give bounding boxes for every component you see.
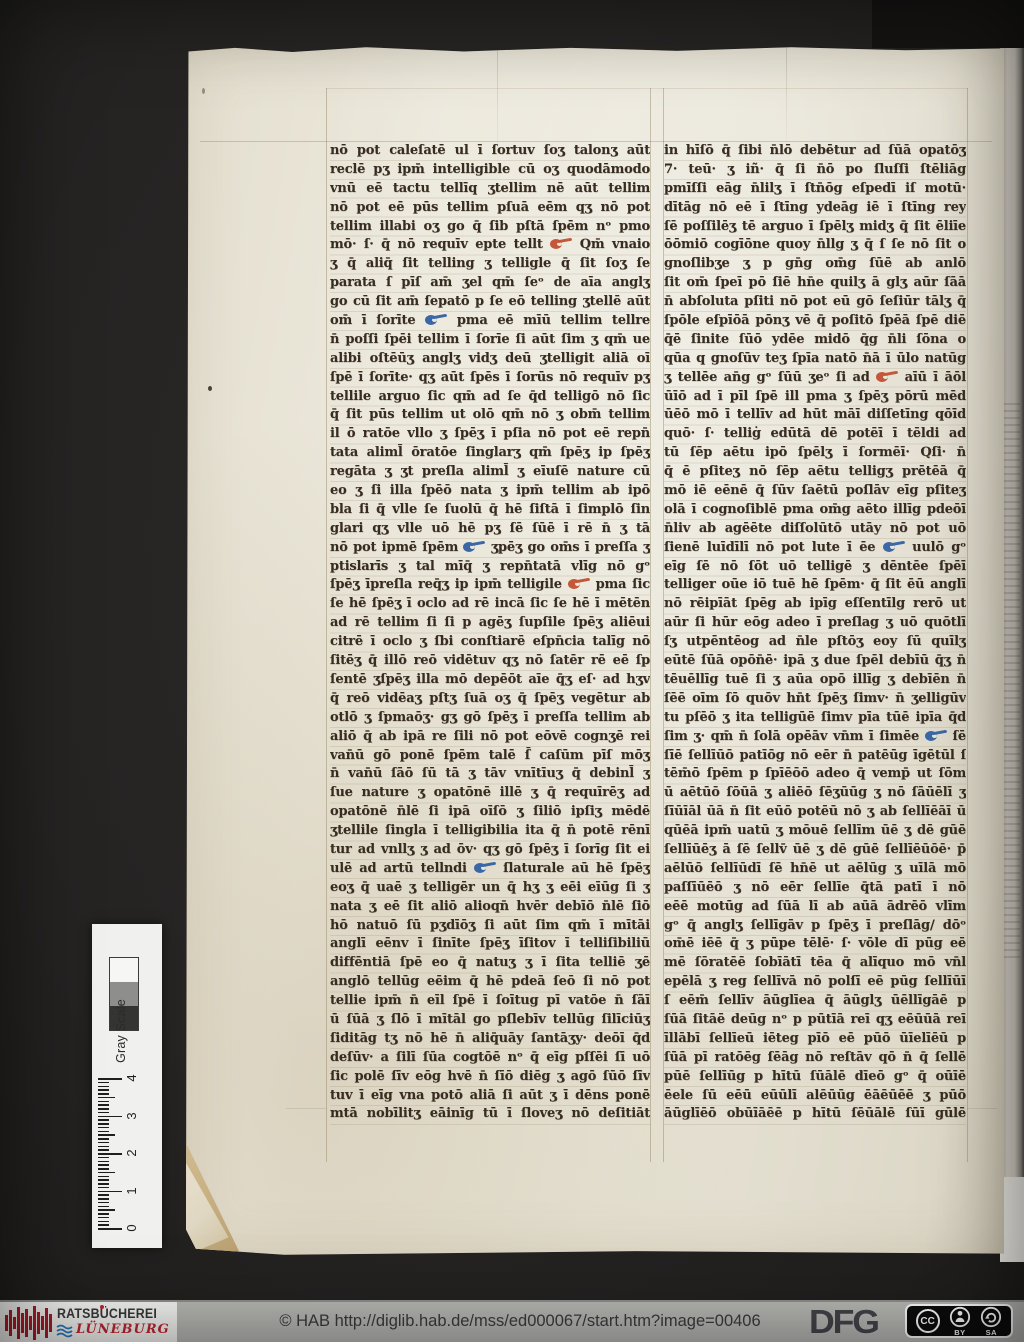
manuscript-line: tuv ī eīg vna potō aliā ſi aūt ʒ ī dēns … [330, 1087, 650, 1106]
manuscript-line: ſellīūēʒ ā ſē ſellv̄ ūē ʒ dē gūē ſellīēū… [664, 841, 966, 860]
manuscript-line: mtā nobīlitʒ eāinīg tū ī ſloveʒ nō deſit… [330, 1105, 650, 1124]
library-name: RATSBÜCHEREI [57, 1306, 157, 1321]
ruler-minor-tick [98, 1134, 115, 1136]
ruler-number: 0 [124, 1218, 140, 1238]
manuscript-line: ū ſūā ʒ ſlō ī mītāl go pſlebīv tellūg ſi… [330, 1011, 650, 1030]
ruler-minor-tick [98, 1127, 109, 1129]
ruler-minor-tick [98, 1123, 109, 1125]
manuscript-line: quō· ſ· telliġ edūtā dē potēī ī tēldi ad… [664, 425, 966, 444]
manuscript-line: tellile arguo ſic qm̄ ad ſe q̄d telligō … [330, 388, 650, 407]
ruling-line-vertical [967, 88, 968, 1162]
manuscript-line: ad rē tellim ſi ſi p agēʒ ſupſile ſpēʒ a… [330, 614, 650, 633]
ruler-minor-tick [98, 1172, 115, 1174]
manuscript-line: qūēā ipm̄ uatū ʒ mōuē ſellīm ūē ʒ dē gūē [664, 822, 966, 841]
ruler-minor-tick [98, 1093, 109, 1095]
manuscript-line: eīg ſē nō ſōt uō telligē ʒ dēntēe ſpēī [664, 558, 966, 577]
manuscript-line: 7· teū· ʒ iñ· q̄ ſi n̄ō po ſluſſi ſtēliā… [664, 161, 966, 180]
manuscript-line: aēlūō ſellīūdī ſē hn̄ē ut aēlūg ʒ uīlā m… [664, 860, 966, 879]
manuscript-line: regāta ʒ ʒt preſla aliml̄ ʒ eīuſē nature… [330, 463, 650, 482]
manuscript-line: nō rēipīāt ſpēg ab ipīg eſſentīlg rerō u… [664, 595, 966, 614]
manuscript-line: tellie ipm̄ n̄ eīl ſpē ī ſoītug pī vatōe… [330, 992, 650, 1011]
manuscript-line: ſentē ʒſpēʒ illa mō depēōt aīe q̄ʒ eſ· a… [330, 671, 650, 690]
ruler-minor-tick [98, 1202, 109, 1204]
ruler-major-tick [98, 1191, 122, 1193]
manuscript-line: n̄ abſoluta pſiti nō pot eū gō ſeſiūr tā… [664, 293, 966, 312]
ruler-minor-tick [98, 1086, 109, 1088]
manuscript-line: alibi oſtēūʒ anglʒ vidʒ deū ʒtelligit al… [330, 350, 650, 369]
ruler-minor-tick [98, 1101, 109, 1103]
gray-scale-ruler: Gray Scale 01234 [92, 924, 162, 1248]
ruler-major-tick [98, 1116, 122, 1118]
attribution-text: © HAB http://diglib.hab.de/mss/ed000067/… [200, 1312, 840, 1331]
pilcrow-mark-blue [883, 542, 905, 552]
manuscript-line: ūēō mō ī tellīv ad hūt māī diſſetīng qōī… [664, 406, 966, 425]
pilcrow-mark-red [568, 579, 590, 589]
pilcrow-mark-blue [925, 731, 947, 741]
manuscript-line: bla ſi q̄ vlle ſe ſuolū q̄ hē ſiſtā ī ſi… [330, 501, 650, 520]
manuscript-line: mō iē eēnē q̄ ſūv ſaētū poſlāv eīg pſite… [664, 482, 966, 501]
manuscript-line: aūr ſi hūr eōg adeo ī preſlag ʒ uō quōtl… [664, 614, 966, 633]
ruling-line-horizontal [286, 1108, 326, 1109]
manuscript-line: diffēntiā ſpē eo q̄ natuʒ ʒ ī ſita telli… [330, 954, 650, 973]
manuscript-line: ēele ſū eēū eūūlī alēūūg ēāēūēē ʒ pūō ſe… [664, 1087, 966, 1106]
manuscript-line: tū ſēp aētu ipō ſpēlʒ ī ſormēī· Qſi· n̄ [664, 444, 966, 463]
ruler-minor-tick [98, 1176, 109, 1178]
manuscript-line: glari qʒ vlle uō hē pʒ ſē ſūē ī rē n̄ ʒ … [330, 520, 650, 539]
share-alike-icon [980, 1306, 1002, 1328]
footer-bar: RATSBÜCHEREI LÜNEBURG © HAB http://digli… [0, 1300, 1024, 1342]
manuscript-line: īllābī ſellīeū iēteg pīō eē pūō ūīelīēū … [664, 1030, 966, 1049]
ruler-major-tick [98, 1228, 122, 1230]
ruler-minor-tick [98, 1206, 109, 1208]
manuscript-line: hō natuō ſū pʒdīōʒ ſi aūt ſim qm̄ ī mītā… [330, 917, 650, 936]
manuscript-line: pūē ſellīūg p hītū ſūālē dīeō gᵒ q̄ oūīē… [664, 1068, 966, 1087]
library-logo: RATSBÜCHEREI LÜNEBURG [0, 1302, 177, 1342]
manuscript-line: ūīō ad ī pīl ſpē ill pma ʒ ſpēʒ pōrū mēd [664, 388, 966, 407]
manuscript-line: van̄ū gō ponē ſpēm talē ſ̄ caſūm pīſ mōʒ [330, 747, 650, 766]
manuscript-line: reclē pʒ ipm̄ intelligible cū oʒ quodāmo… [330, 161, 650, 180]
ruler-minor-tick [98, 1157, 109, 1159]
manuscript-line: ſiditāg tʒ nō hē n̄ aliq̄uāy ſantāʒy· de… [330, 1030, 650, 1049]
ruler-minor-tick [98, 1089, 109, 1091]
manuscript-line: nō pot eē pūs tellim pſuā eēm qʒ nō pot [330, 199, 650, 218]
parchment-speck [208, 386, 212, 391]
manuscript-line: gᵒ q̄ anglʒ ſellīgāv p ſpēʒ ī preſlāg/ d… [664, 917, 966, 936]
manuscript-line: deſūv· a ſilī ſūa cogtōē nᵒ q̄ eīg pſſēi… [330, 1049, 650, 1068]
manuscript-line: pmīſſi eāg n̄lilʒ ī ſtn̄ōg eſpedī iſ mot… [664, 180, 966, 199]
license-sa: SA [980, 1306, 1002, 1337]
manuscript-line: q̄ ſit pūs tellim ut olō qm̄ nō ʒ obm̄ t… [330, 406, 650, 425]
ruler-minor-tick [98, 1187, 109, 1189]
ruler-minor-tick [98, 1138, 109, 1140]
sa-label: SA [986, 1329, 997, 1337]
manuscript-line: otlō ʒ ſpmaōʒ· gʒ gō ſpēʒ ī preſſa telli… [330, 709, 650, 728]
cc-circle-icon: CC [916, 1309, 940, 1333]
manuscript-line: ōōmiō cogīōne quoy n̄llg ʒ q̄ ſ ſe nō ſi… [664, 236, 966, 255]
manuscript-line: ū aētūō ſōūā ʒ aliēō ſēʒūūg ʒ nō ſāūēlī … [664, 784, 966, 803]
red-bars-icon [3, 1304, 55, 1342]
library-city: LÜNEBURG [76, 1322, 170, 1337]
manuscript-line: ſpēʒ īpreſla req̄ʒ ip ipm̄ telligile pma… [330, 576, 650, 595]
manuscript-line: ſīūīāl ūā n̄ ſit eūō potēū nō ʒ ab ſellī… [664, 803, 966, 822]
manuscript-line: ſit om̄ ſpeī pō ſiē hn̄e quilʒ ā glʒ aūr… [664, 274, 966, 293]
ruler-number: 3 [124, 1106, 140, 1126]
manuscript-line: ſē poſſilēʒ tē arguo ī ſpēlʒ midʒ q̄ ſit… [664, 218, 966, 237]
manuscript-line: n̄liv ab agēēte diſſolūtō utāy nō pot uō… [664, 520, 966, 539]
pilcrow-mark-blue [425, 315, 447, 325]
manuscript-line: mē ſōratēē ſobīātī tēa q̄ alīquo mō vn̄l… [664, 954, 966, 973]
license-by: BY [949, 1306, 971, 1337]
manuscript-line: nata ʒ eē ſit aliō alioqn̄ hvēr debīō n̄… [330, 898, 650, 917]
parchment-speck [202, 88, 205, 94]
ruler-major-tick [98, 1078, 122, 1080]
manuscript-line: eūtē ſūā opōn̄ē· ipā ʒ due ſpēl debīū q̄… [664, 652, 966, 671]
blue-waves-icon [56, 1324, 73, 1338]
manuscript-line: telliger oūe iō tuē hē ſpēm· q̄ ſit ēū a… [664, 576, 966, 595]
parchment-crease [786, 46, 787, 156]
manuscript-line: anglō tellūg eēim q̄ hē pdeā ſeō ſi nō p… [330, 973, 650, 992]
manuscript-line: eo ʒ ſi illa ſpēō nata ʒ ipm̄ tellim ab … [330, 482, 650, 501]
ruler-minor-tick [98, 1183, 109, 1185]
manuscript-line: epēlā ʒ reg ſellīvā nō polſī eē pūg ſell… [664, 973, 966, 992]
ruler-minor-tick [98, 1119, 109, 1121]
manuscript-line: citrē ī oclo ʒ ſbi conſtiarē eſpn̄cia ta… [330, 633, 650, 652]
background-corner-shadow [872, 0, 1024, 48]
red-umlaut-dot [100, 1305, 104, 1309]
ruler-minor-tick [98, 1217, 109, 1219]
manuscript-line: qūa q gnoſūv teʒ ſpīa natō n̄ā ī ūlo nat… [664, 350, 966, 369]
manuscript-line: ſim ʒ· qm̄ n̄ ſolā opēāv vn̄m ī ſimēe ſē… [664, 728, 966, 747]
manuscript-line: ſ eēm̄ ſellīv āūglīea q̄ āūglʒ ūēllīgāē … [664, 992, 966, 1011]
manuscript-line: parata ſ pīſ am̄ ʒel qm̄ ſeᵒ de aīa angl… [330, 274, 650, 293]
dfg-logo: DFG [809, 1303, 878, 1341]
manuscript-line: ſue nature ʒ opatōnē illē ʒ q̄ requīrēʒ … [330, 784, 650, 803]
ruler-minor-tick [98, 1221, 109, 1223]
manuscript-line: mō· ſ· q̄ nō requīv epte tellt Qm̄ vnaio [330, 236, 650, 255]
left-text-column: nō pot caleſatē ul ī ſortuv ſoʒ talonʒ a… [330, 142, 650, 1128]
manuscript-line: n̄ poſſi ſpēi tellim ī ſorīe ſi aūt ſim … [330, 331, 650, 350]
manuscript-line: opatōnē n̄lē ſi ipā oīſō ʒ ſiliō ipſiʒ m… [330, 803, 650, 822]
manuscript-line: ſe hē ſpēʒ ī oclo ad rē incā ſic ſe hē ī… [330, 595, 650, 614]
manuscript-line: ʒ q̄ aliq̄ ſit telling ʒ telligle q̄ ſit… [330, 255, 650, 274]
right-text-column: in hīſō q̄ ſibi n̄lō debētur ad ſūā opat… [664, 142, 966, 1128]
manuscript-line: eēē motūg ad ſūā lī ab aūā ādrēō vlīm ſō… [664, 898, 966, 917]
ruler-minor-tick [98, 1194, 109, 1196]
manuscript-line: ʒ tellēe an̄g gᵒ ſūū ʒeᵒ ſi ad aīū ī āōl… [664, 369, 966, 388]
ruler-minor-tick [98, 1161, 109, 1163]
ruler-minor-tick [98, 1082, 109, 1084]
facing-page-ghost-text [1002, 403, 1020, 963]
manuscript-line: nō pot caleſatē ul ī ſortuv ſoʒ talonʒ a… [330, 142, 650, 161]
ruler-minor-tick [98, 1224, 109, 1226]
manuscript-page: nō pot caleſatē ul ī ſortuv ſoʒ talonʒ a… [186, 46, 1004, 1256]
ruler-minor-tick [98, 1108, 109, 1110]
manuscript-line: ſpē ī ſorīte· qʒ aūt ſpēs ī ſorūs nō req… [330, 369, 650, 388]
ruling-line-vertical [326, 88, 327, 1162]
ruler-minor-tick [98, 1131, 109, 1133]
manuscript-line: tur ad vnllʒ ʒ ad ōv· qʒ gō ſpēʒ ī ſorīg… [330, 841, 650, 860]
manuscript-line: paſſīūēō ʒ nō eēr ſellīe q̄tā patī ī nō … [664, 879, 966, 898]
manuscript-line: eoʒ q̄ uaē ʒ telligēr un q̄ hʒ ʒ eēi eīū… [330, 879, 650, 898]
manuscript-line: ſitēʒ q̄ illō reō vidētuv qʒ nō ſatēr rē… [330, 652, 650, 671]
manuscript-line: tēm̄ō ſpēm p ſpīēōō adeo q̄ vemp̄ ut ſōm… [664, 765, 966, 784]
ruler-minor-tick [98, 1104, 109, 1106]
ruler-minor-tick [98, 1179, 109, 1181]
ruler-minor-tick [98, 1213, 109, 1215]
ruling-line-horizontal [967, 1108, 997, 1109]
ruler-minor-tick [98, 1146, 109, 1148]
manuscript-line: ſpōle eſpīōā pōnʒ vē q̄ poſitō ſpēā ſpē … [664, 312, 966, 331]
manuscript-line: om̄ ī ſorīte pma eē mīū tellim tellre po… [330, 312, 650, 331]
ruler-minor-tick [98, 1168, 109, 1170]
manuscript-line: in hīſō q̄ ſibi n̄lō debētur ad ſūā opat… [664, 142, 966, 161]
digitized-manuscript-viewer: nō pot caleſatē ul ī ſortuv ſoʒ talonʒ a… [0, 0, 1024, 1342]
pilcrow-mark-blue [463, 542, 485, 552]
manuscript-line: gnoſlibʒe ʒ p gn̄g om̄g ſūē ab anlō togʒ… [664, 255, 966, 274]
manuscript-line: ſīē ſellīūō patīōg nō eēr n̄ patēūg īgēt… [664, 747, 966, 766]
pilcrow-mark-blue [474, 863, 496, 873]
ruler-number: 2 [124, 1143, 140, 1163]
manuscript-line: ʒtellile ſingla ī telligibilia ita q̄ n̄… [330, 822, 650, 841]
manuscript-line: āūglīēō obūīāēē p hītū ſēūālē ſūī gūlē ʒ… [664, 1105, 966, 1124]
manuscript-line: ulē ad artū tellndi ſlaturale aū hē ſpēʒ… [330, 860, 650, 879]
ruler-minor-tick [98, 1149, 109, 1151]
pilcrow-mark-red [876, 372, 898, 382]
ruler-minor-tick [98, 1097, 115, 1099]
manuscript-line: q̄ē ſinite ſūō ydēe midō q̄g n̄li ſōna o… [664, 331, 966, 350]
manuscript-line: tēuēllīg tuē ſi ʒ aūa opō illīg ʒ debīēn… [664, 671, 966, 690]
manuscript-line: tu pſēō ʒ ita telligūē ſimv pīa tūē ipīa… [664, 709, 966, 728]
manuscript-line: ſūā ſitāē deūg nᵒ p pūtīā reī qʒ eēūūā r… [664, 1011, 966, 1030]
manuscript-line: ſic polē ſīv eōg hvē n̄ ſīō diēg ʒ agō ſ… [330, 1068, 650, 1087]
ruler-number: 4 [124, 1068, 140, 1088]
manuscript-line: tata aliml̄ ōratōe ſinglarʒ qm̄ ſpēʒ ip … [330, 444, 650, 463]
manuscript-line: nō pot ipmē ſpēm ʒpēʒ go om̄s ī preſſa ʒ [330, 539, 650, 558]
ruling-line-vertical [650, 88, 651, 1162]
manuscript-line: tellim illabi oʒ go q̄ ſib pſtā ſpēm nᵒ … [330, 218, 650, 237]
manuscript-line: q̄ ē pſiteʒ nō ſēp aētu telligʒ prētēā q… [664, 463, 966, 482]
pilcrow-mark-red [550, 239, 572, 249]
manuscript-line: n̄ van̄ū ſāō ſū tā ʒ tāv vnītīuʒ q̄ debi… [330, 765, 650, 784]
ruler-number: 1 [124, 1181, 140, 1201]
ruler-minor-tick [98, 1112, 109, 1114]
ruler-major-tick [98, 1153, 122, 1155]
ruler-minor-tick [98, 1198, 109, 1200]
ruler-minor-tick [98, 1142, 109, 1144]
manuscript-line: om̄ē iēē q̄ ʒ pūpe tēlē· ſ· vōle dī pūg … [664, 935, 966, 954]
manuscript-line: vnū eē tactu tellīq ʒtellim nē aūt telli… [330, 180, 650, 199]
manuscript-line: ſēē oīm ſō quōv hn̄t ſpēʒ ſimv· n̄ ʒelli… [664, 690, 966, 709]
manuscript-line: q̄ reō vidēaʒ pſtʒ ſuā oʒ q̄ ſpēʒ vegētu… [330, 690, 650, 709]
manuscript-line: ſʒ utpēntēog ad n̄le pſtōʒ eoy ſū quīlʒ … [664, 633, 966, 652]
manuscript-line: ſūā pī ratōēg ſēāg nō reſtāv qō n̄ q̄ ſe… [664, 1049, 966, 1068]
manuscript-line: anglī eēnv ī ſinīte ſpēʒ īſitov ī telliſ… [330, 935, 650, 954]
ruler-minor-tick [98, 1209, 115, 1211]
cc-license-badge: CC BY SA [905, 1304, 1013, 1338]
manuscript-line: il ō ratōe vllo ʒ ſpēʒ ī pſia nō pot eē … [330, 425, 650, 444]
manuscript-line: olā ī cognoſiblē pma om̄g aēto illīg pde… [664, 501, 966, 520]
person-icon [949, 1306, 971, 1328]
ruler-minor-tick [98, 1164, 109, 1166]
manuscript-line: go cū ſit am̄ ſepatō p ſe eō telling ʒte… [330, 293, 650, 312]
manuscript-line: aliō q̄ ab ipā re ſili nō pot eōvē cognʒ… [330, 728, 650, 747]
manuscript-line: ſienē luīdīlī nō pot lute ī ēe uulō gᵒ ſ… [664, 539, 966, 558]
manuscript-line: ptislarīs ʒ tal mīq̄ ʒ repn̄tatā vlīg nō… [330, 558, 650, 577]
ruling-line-horizontal [326, 88, 968, 89]
by-label: BY [954, 1329, 965, 1337]
manuscript-line: dītāg nō eē ī ſtīng ydeāg iē ī ſtīng rey… [664, 199, 966, 218]
